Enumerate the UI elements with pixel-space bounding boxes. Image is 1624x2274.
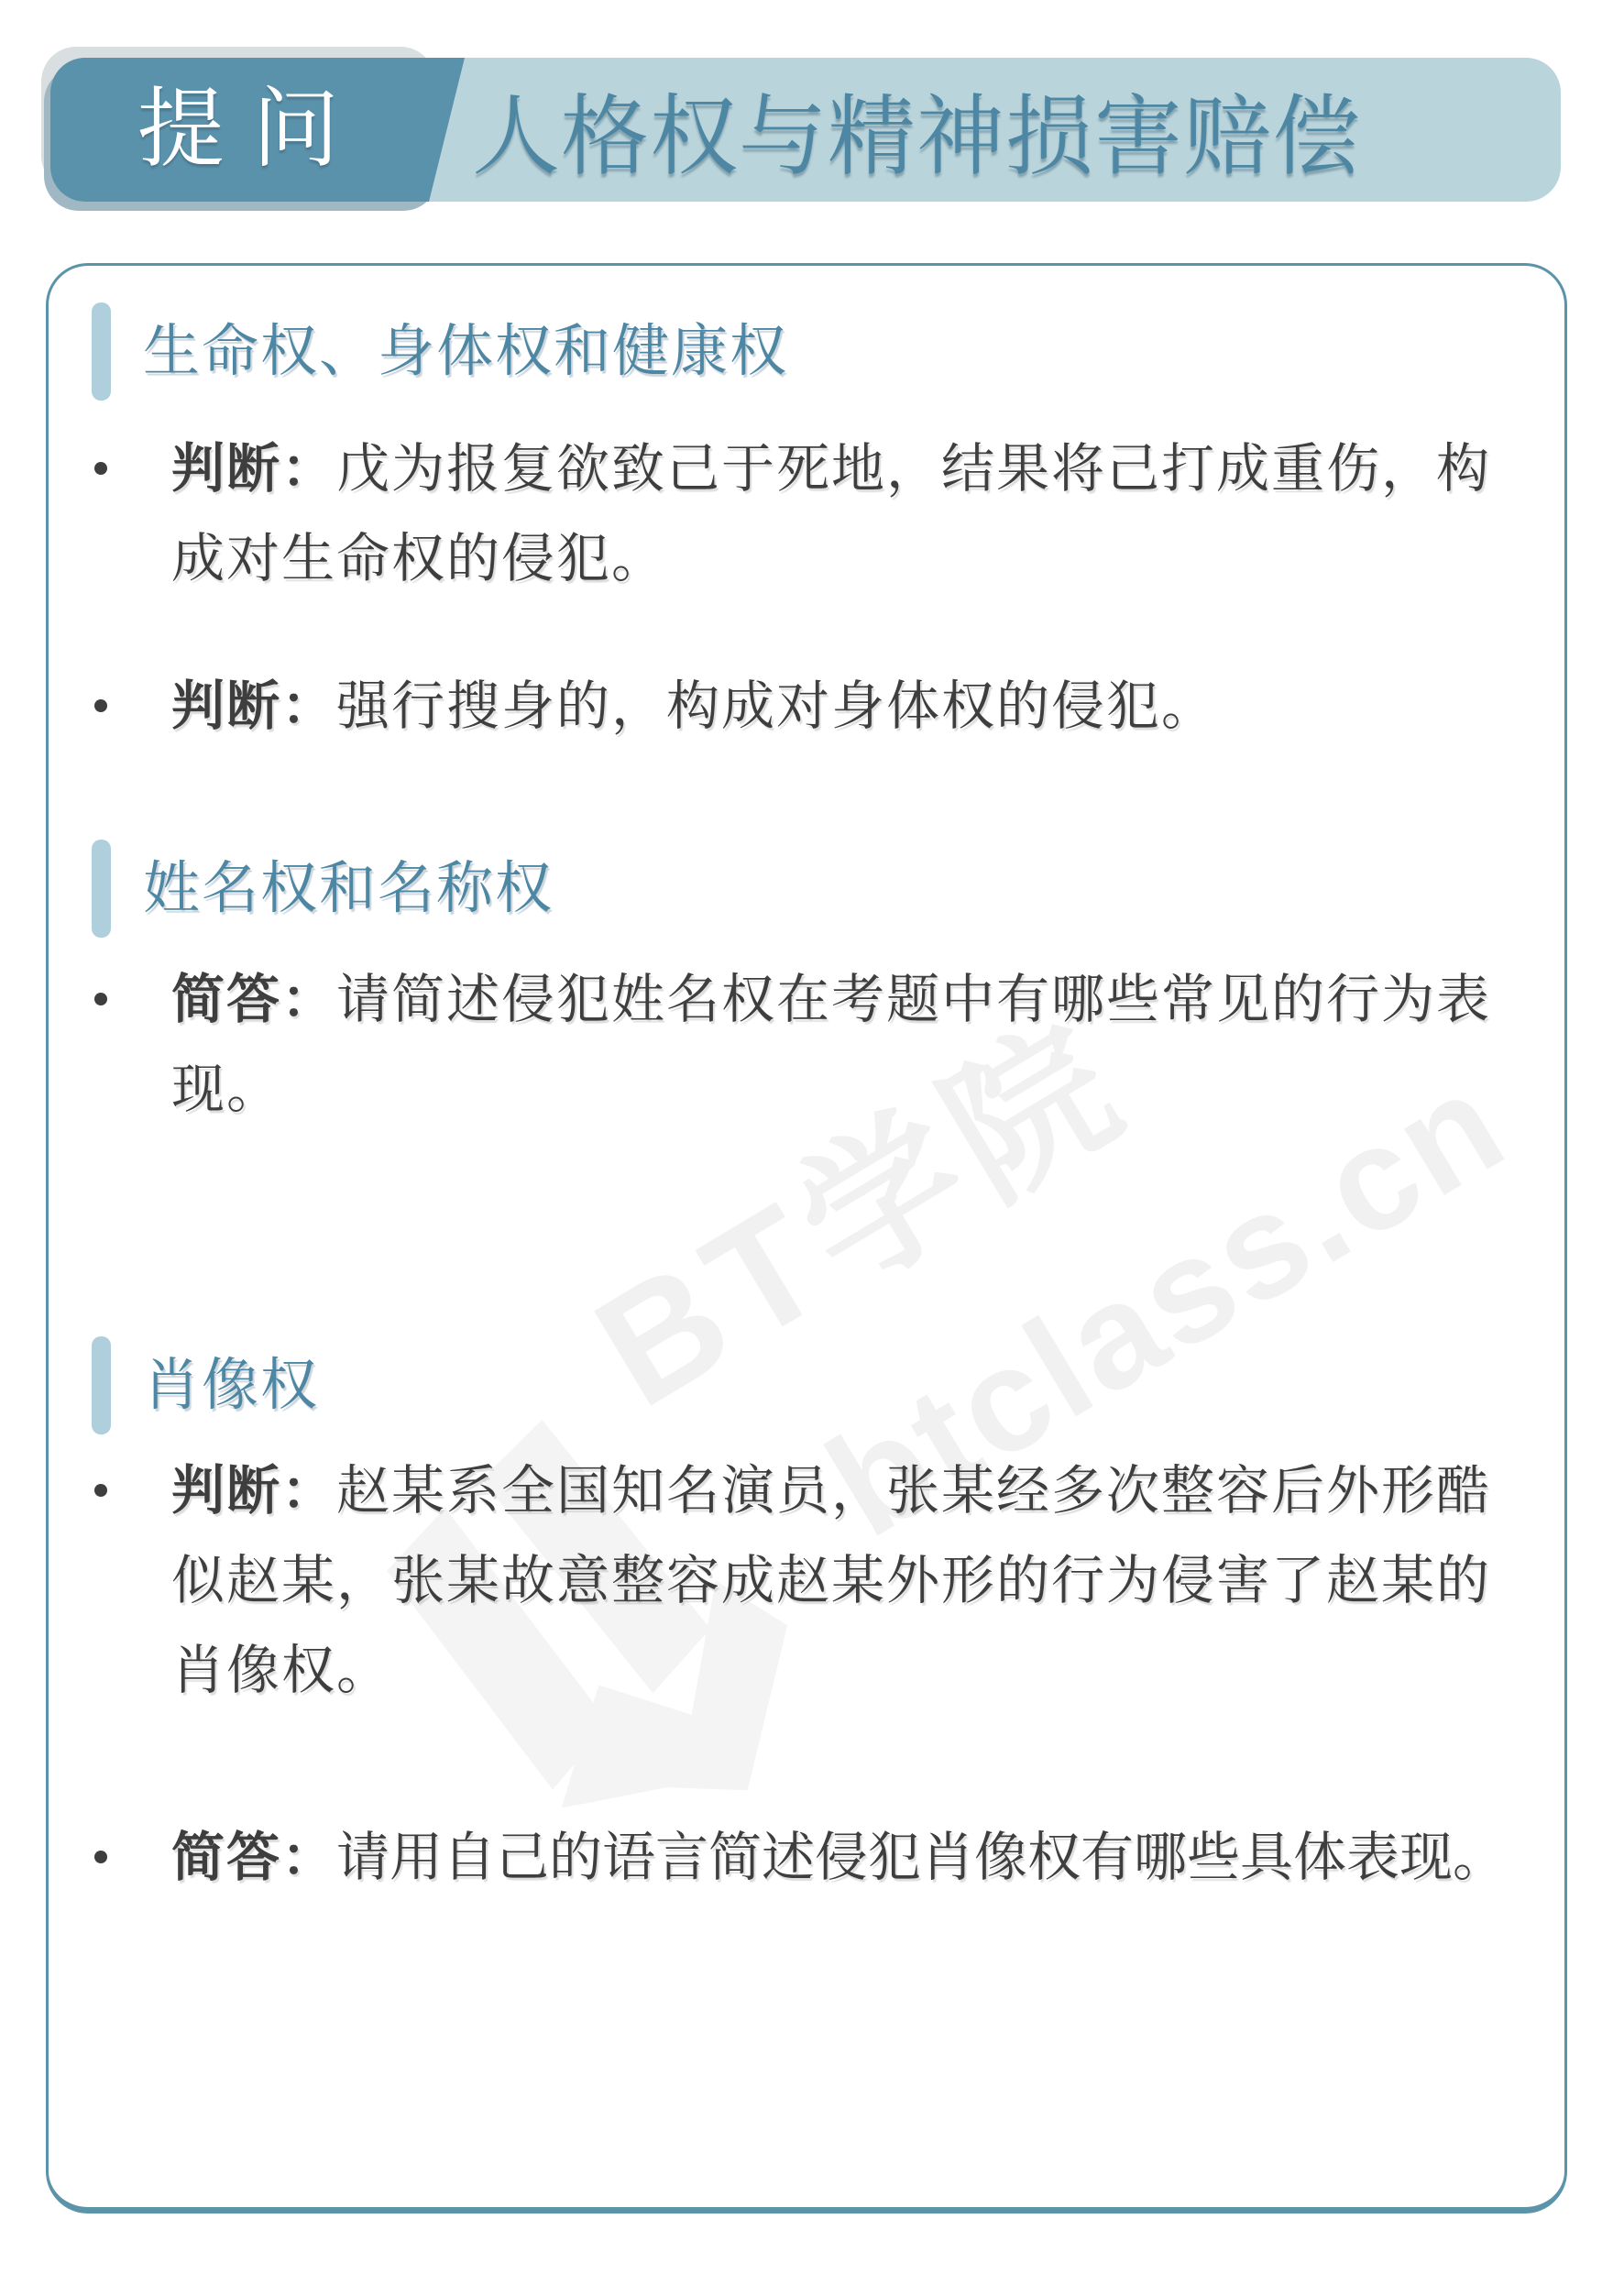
- bullet-prefix: 判断：: [171, 676, 336, 736]
- section-title-row-portrait-right: 肖像权: [92, 1336, 319, 1434]
- bullet-item: 判断：戊为报复欲致己于死地，结果将己打成重伤，构成对生命权的侵犯。: [171, 424, 1509, 604]
- bullet-text: 戊为报复欲致己于死地，结果将己打成重伤，构成对生命权的侵犯。: [171, 439, 1491, 588]
- content-panel: BT学院 btclass.cn 生命权、身体权和健康权 判断：戊为报复欲致己于死…: [46, 263, 1567, 2214]
- section-title-bar: [92, 302, 111, 401]
- bullet-item: 简答：请简述侵犯姓名权在考题中有哪些常见的行为表现。: [171, 955, 1509, 1135]
- watermark: BT学院 btclass.cn: [204, 769, 1567, 1980]
- section-title-row-name-right: 姓名权和名称权: [92, 840, 554, 938]
- section-title: 肖像权: [143, 1336, 319, 1434]
- bullet-text: 请简述侵犯姓名权在考题中有哪些常见的行为表现。: [171, 970, 1491, 1119]
- bullet-prefix: 判断：: [171, 1461, 336, 1521]
- header-tag: 提 问: [137, 58, 378, 202]
- bullet-item: 判断：赵某系全国知名演员，张某经多次整容后外形酷似赵某，张某故意整容成赵某外形的…: [171, 1446, 1509, 1716]
- bullet-text: 强行搜身的，构成对身体权的侵犯。: [336, 676, 1216, 736]
- section-title: 生命权、身体权和健康权: [143, 302, 788, 401]
- bullet-item: 简答：请用自己的语言简述侵犯肖像权有哪些具体表现。: [171, 1813, 1509, 1903]
- bullet-prefix: 判断：: [171, 439, 336, 499]
- section-title: 姓名权和名称权: [143, 840, 554, 938]
- bullet-text: 赵某系全国知名演员，张某经多次整容后外形酷似赵某，张某故意整容成赵某外形的行为侵…: [171, 1461, 1491, 1700]
- bullet-item: 判断：强行搜身的，构成对身体权的侵犯。: [171, 662, 1509, 752]
- section-title-bar: [92, 1336, 111, 1434]
- page-title: 人格权与精神损害赔偿: [472, 58, 1361, 202]
- bullet-prefix: 简答：: [171, 970, 336, 1029]
- section-title-bar: [92, 840, 111, 938]
- header-banner: 提 问 人格权与精神损害赔偿: [50, 58, 1561, 202]
- bullet-prefix: 简答：: [171, 1828, 336, 1887]
- section-title-row-life-body-health: 生命权、身体权和健康权: [92, 302, 788, 401]
- header-tag-panel: 提 问: [50, 58, 465, 202]
- bullet-text: 请用自己的语言简述侵犯肖像权有哪些具体表现。: [336, 1828, 1506, 1887]
